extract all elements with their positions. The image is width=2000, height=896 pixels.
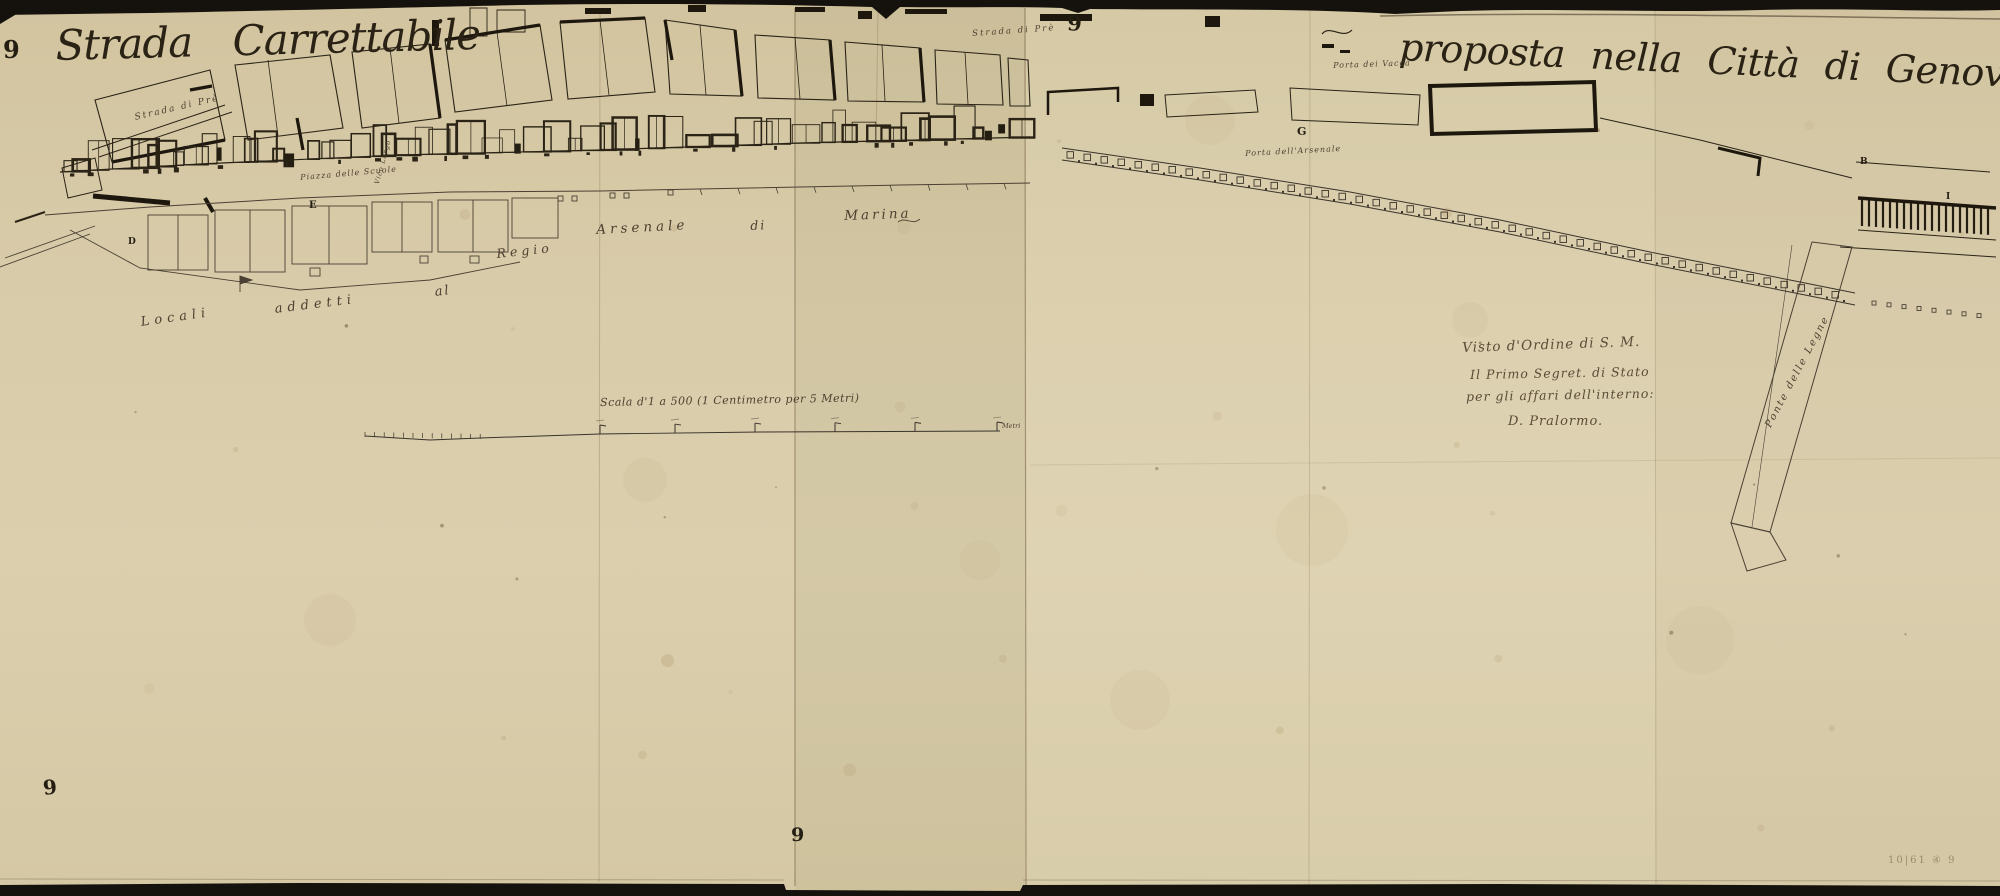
map-letter-e: E	[309, 201, 317, 211]
map-letter-b: B	[1860, 158, 1868, 167]
sheet-number-bottom-middle: 9	[791, 826, 804, 845]
area-label-di: di	[750, 219, 767, 232]
signature-line-2: Il Primo Segret. di Stato	[1470, 366, 1650, 382]
map-letter-d: D	[128, 238, 136, 247]
signature-line-3: per gli affari dell'interno:	[1466, 388, 1655, 404]
signature-line-4: D. Pralormo.	[1508, 415, 1603, 428]
sheet-number-top-left: 9	[3, 38, 20, 62]
map-letter-i: I	[1946, 193, 1950, 202]
map-title-left: Strada Carrettabile	[55, 14, 481, 67]
paper-panel-far-right	[1655, 2, 2000, 894]
scale-end-unit: Metri	[1002, 423, 1020, 430]
map-linework	[0, 0, 2000, 896]
scanned-map-page: Strada Carrettabile proposta nella Città…	[0, 0, 2000, 896]
map-letter-g: G	[1297, 126, 1306, 137]
area-label-marina: Marina	[844, 208, 912, 224]
archival-mark: 10|61 ④ 9	[1888, 856, 1957, 866]
area-label-al: al	[434, 284, 451, 299]
sheet-number-bottom-left: 9	[42, 777, 58, 798]
sheet-number-top-middle: 9	[1067, 12, 1083, 34]
